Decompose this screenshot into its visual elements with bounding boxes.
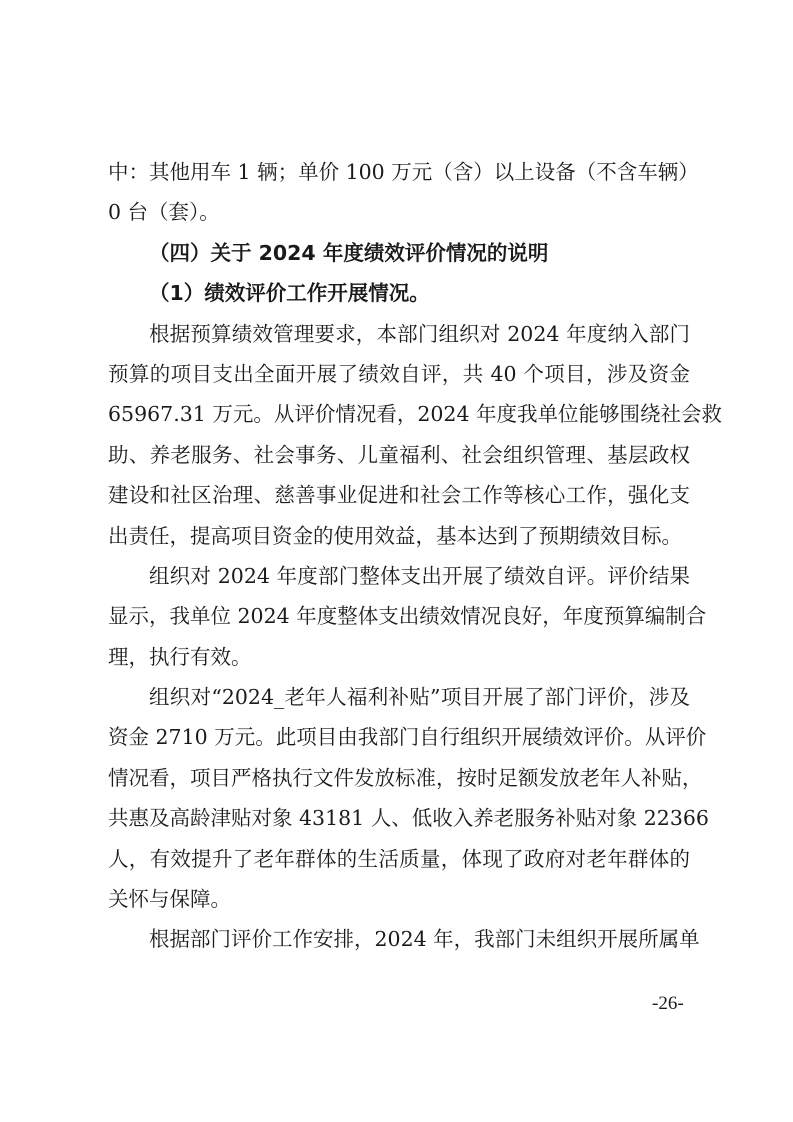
text-line: 建设和社区治理、慈善事业促进和社会工作等核心工作，强化支 bbox=[108, 475, 690, 515]
document-body: 中：其他用车 1 辆；单价 100 万元（含）以上设备（不含车辆） 0 台（套）… bbox=[108, 152, 690, 960]
text-line: 0 台（套）。 bbox=[108, 192, 690, 232]
text-line: 关怀与保障。 bbox=[108, 879, 690, 919]
page-number: -26- bbox=[652, 993, 684, 1015]
text-line: 65967.31 万元。从评价情况看，2024 年度我单位能够围绕社会救 bbox=[108, 394, 690, 434]
text-line: 根据预算绩效管理要求，本部门组织对 2024 年度纳入部门 bbox=[108, 314, 690, 354]
text-line: 组织对“2024_老年人福利补贴”项目开展了部门评价，涉及 bbox=[108, 677, 690, 717]
text-line: 中：其他用车 1 辆；单价 100 万元（含）以上设备（不含车辆） bbox=[108, 152, 690, 192]
subsection-heading: （1）绩效评价工作开展情况。 bbox=[108, 273, 690, 313]
text-line: 根据部门评价工作安排，2024 年，我部门未组织开展所属单 bbox=[108, 919, 690, 959]
text-line: 助、养老服务、社会事务、儿童福利、社会组织管理、基层政权 bbox=[108, 435, 690, 475]
text-line: 理，执行有效。 bbox=[108, 637, 690, 677]
text-line: 预算的项目支出全面开展了绩效自评，共 40 个项目，涉及资金 bbox=[108, 354, 690, 394]
text-line: 组织对 2024 年度部门整体支出开展了绩效自评。评价结果 bbox=[108, 556, 690, 596]
text-line: 共惠及高龄津贴对象 43181 人、低收入养老服务补贴对象 22366 bbox=[108, 798, 690, 838]
text-line: 人，有效提升了老年群体的生活质量，体现了政府对老年群体的 bbox=[108, 839, 690, 879]
text-line: 资金 2710 万元。此项目由我部门自行组织开展绩效评价。从评价 bbox=[108, 717, 690, 757]
text-line: 出责任，提高项目资金的使用效益，基本达到了预期绩效目标。 bbox=[108, 516, 690, 556]
section-heading: （四）关于 2024 年度绩效评价情况的说明 bbox=[108, 233, 690, 273]
text-line: 情况看，项目严格执行文件发放标准，按时足额发放老年人补贴， bbox=[108, 758, 690, 798]
text-line: 显示，我单位 2024 年度整体支出绩效情况良好，年度预算编制合 bbox=[108, 596, 690, 636]
